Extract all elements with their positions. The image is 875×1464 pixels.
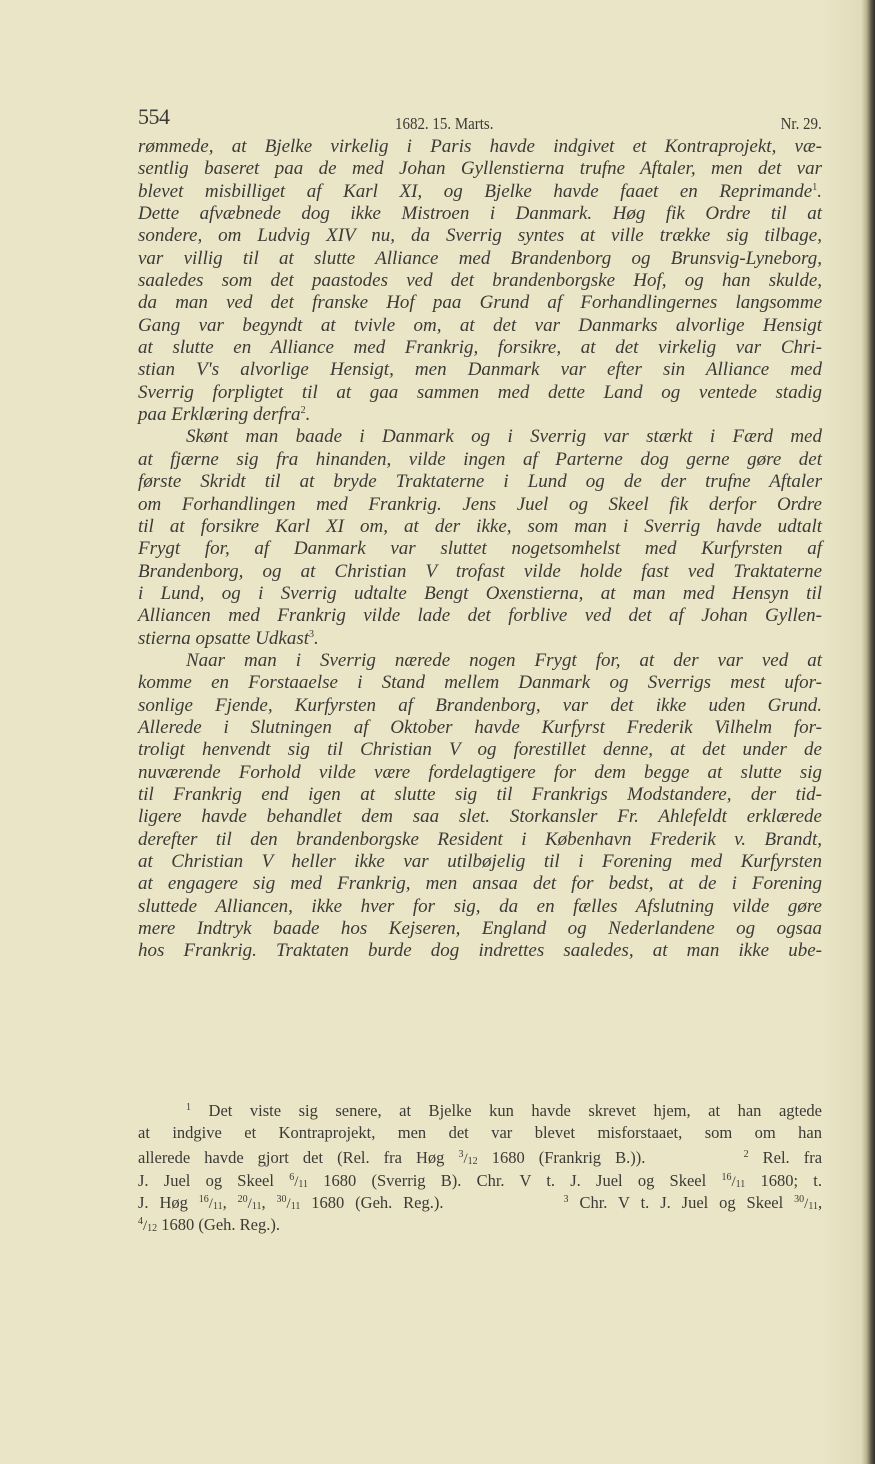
- text-line: da man ved det franske Hof paa Grund af …: [138, 292, 822, 314]
- text-line: at engagere sig med Frankrig, men ansaa …: [138, 873, 822, 895]
- text-line-content: blevet misbilliget af Karl XI, og Bjelke…: [138, 181, 812, 202]
- text-line: nuværende Forhold vilde være fordelagtig…: [138, 762, 822, 784]
- date-fraction: 30/11: [794, 1196, 818, 1212]
- text-line: Dette afvæbnede dog ikke Mistroen i Danm…: [138, 203, 822, 225]
- footnote-marker: 1: [186, 1102, 191, 1113]
- footnote-text: Chr. V t. J. Juel og Skeel: [579, 1193, 783, 1212]
- footnote-text: 1680; t.: [761, 1171, 823, 1190]
- footnote-line: 4/12 1680 (Geh. Reg.).: [138, 1211, 822, 1233]
- running-header: 554 1682. 15. Marts. Nr. 29.: [138, 104, 822, 134]
- date-fraction: 4/12: [138, 1218, 157, 1234]
- footnotes: 1 Det viste sig senere, at Bjelke kun ha…: [138, 1100, 822, 1233]
- paragraph-start-line: Naar man i Sverrig nærede nogen Frygt fo…: [138, 650, 822, 672]
- text-line: Alliancen med Frankrig vilde lade det fo…: [138, 605, 822, 627]
- text-line: rømmede, at Bjelke virkelig i Paris havd…: [138, 136, 822, 158]
- text-line: stian V's alvorlige Hensigt, men Danmark…: [138, 359, 822, 381]
- date-fraction: 3/12: [458, 1151, 477, 1167]
- footnote-line: J. Høg 16/11, 20/11, 30/11 1680 (Geh. Re…: [138, 1189, 822, 1211]
- text-line: om Forhandlingen med Frankrig. Jens Juel…: [138, 494, 822, 516]
- text-line: ligere havde behandlet dem saa slet. Sto…: [138, 806, 822, 828]
- text-line: komme en Forstaaelse i Stand mellem Danm…: [138, 672, 822, 694]
- text-line-content: paa Erklæring derfra: [138, 404, 301, 425]
- footnote-text: allerede havde gjort det (Rel. fra Høg: [138, 1148, 444, 1167]
- footnote-ref[interactable]: 1: [812, 182, 817, 193]
- text-line: Sverrig forpligtet til at gaa sammen med…: [138, 382, 822, 404]
- text-line: til at forsikre Karl XI om, at der ikke,…: [138, 516, 822, 538]
- text-line: blevet misbilliget af Karl XI, og Bjelke…: [138, 181, 822, 203]
- page-binding-edge: [861, 0, 875, 1464]
- date-fraction: 20/11: [238, 1196, 262, 1212]
- footnote-text: Rel. fra: [763, 1148, 822, 1167]
- footnote-ref[interactable]: 2: [301, 405, 306, 416]
- text-line: derefter til den brandenborgske Resident…: [138, 829, 822, 851]
- text-line: hos Frankrig. Traktaten burde dog indret…: [138, 940, 822, 962]
- footnote-text: 1680 (Frankrig B.)).: [492, 1148, 646, 1167]
- text-line: saaledes som det paastodes ved det brand…: [138, 270, 822, 292]
- text-line: at fjærne sig fra hinanden, vilde ingen …: [138, 449, 822, 471]
- text-line: i Lund, og i Sverrig udtalte Bengt Oxens…: [138, 583, 822, 605]
- text-line: at slutte en Alliance med Frankrig, fors…: [138, 337, 822, 359]
- text-line: sluttede Alliancen, ikke hver for sig, d…: [138, 896, 822, 918]
- footnote-text: 1680 (Geh. Reg.).: [161, 1215, 280, 1234]
- footnote-text: J. Juel og Skeel: [138, 1171, 274, 1190]
- text-line: sentlig baseret paa de med Johan Gyllens…: [138, 158, 822, 180]
- footnote-1: 1 Det viste sig senere, at Bjelke kun ha…: [138, 1100, 822, 1122]
- text-line: Allerede i Slutningen af Oktober havde K…: [138, 717, 822, 739]
- date-fraction: 30/11: [277, 1196, 301, 1212]
- footnote-text: 1680 (Geh. Reg.).: [311, 1193, 443, 1212]
- text-line: Frygt for, af Danmark var sluttet nogets…: [138, 538, 822, 560]
- document-number: Nr. 29.: [781, 114, 822, 134]
- main-text: rømmede, at Bjelke virkelig i Paris havd…: [138, 136, 822, 963]
- text-line: første Skridt til at bryde Traktaterne i…: [138, 471, 822, 493]
- footnote-ref[interactable]: 3: [309, 629, 314, 640]
- footnote-marker: 3: [564, 1194, 569, 1205]
- footnote-text: J. Høg: [138, 1193, 188, 1212]
- text-line: stierna opsatte Udkast3.: [138, 628, 822, 650]
- text-line: til Frankrig end igen at slutte sig til …: [138, 784, 822, 806]
- text-line: troligt henvendt sig til Christian V og …: [138, 739, 822, 761]
- footnote-text: 1680 (Sverrig B). Chr. V t. J. Juel og S…: [323, 1171, 706, 1190]
- date-fraction: 16/11: [721, 1174, 745, 1190]
- footnote-marker: 2: [744, 1149, 749, 1160]
- page-number: 554: [138, 104, 170, 130]
- text-line: at Christian V heller ikke var utilbøjel…: [138, 851, 822, 873]
- footnote-text: Det viste sig senere, at Bjelke kun havd…: [209, 1101, 822, 1120]
- text-line-content: stierna opsatte Udkast: [138, 628, 309, 649]
- paragraph-start-line: Skønt man baade i Danmark og i Sverrig v…: [138, 426, 822, 448]
- text-line: Gang var begyndt at tvivle om, at det va…: [138, 315, 822, 337]
- date-fraction: 6/11: [289, 1174, 308, 1190]
- date-fraction: 16/11: [199, 1196, 223, 1212]
- text-line: var villig til at slutte Alliance med Br…: [138, 248, 822, 270]
- footnote-line: J. Juel og Skeel 6/11 1680 (Sverrig B). …: [138, 1167, 822, 1189]
- binding-gradient: [821, 0, 861, 1464]
- footnote-line: allerede havde gjort det (Rel. fra Høg 3…: [138, 1144, 822, 1166]
- header-date: 1682. 15. Marts.: [395, 114, 493, 134]
- text-line: sonlige Fjende, Kurfyrsten af Brandenbor…: [138, 695, 822, 717]
- text-line: paa Erklæring derfra2.: [138, 404, 822, 426]
- footnote-line: at indgive et Kontraprojekt, men det var…: [138, 1122, 822, 1144]
- text-line: sondere, om Ludvig XIV nu, da Sverrig sy…: [138, 225, 822, 247]
- text-line: mere Indtryk baade hos Kejseren, England…: [138, 918, 822, 940]
- text-line: Brandenborg, og at Christian V trofast v…: [138, 561, 822, 583]
